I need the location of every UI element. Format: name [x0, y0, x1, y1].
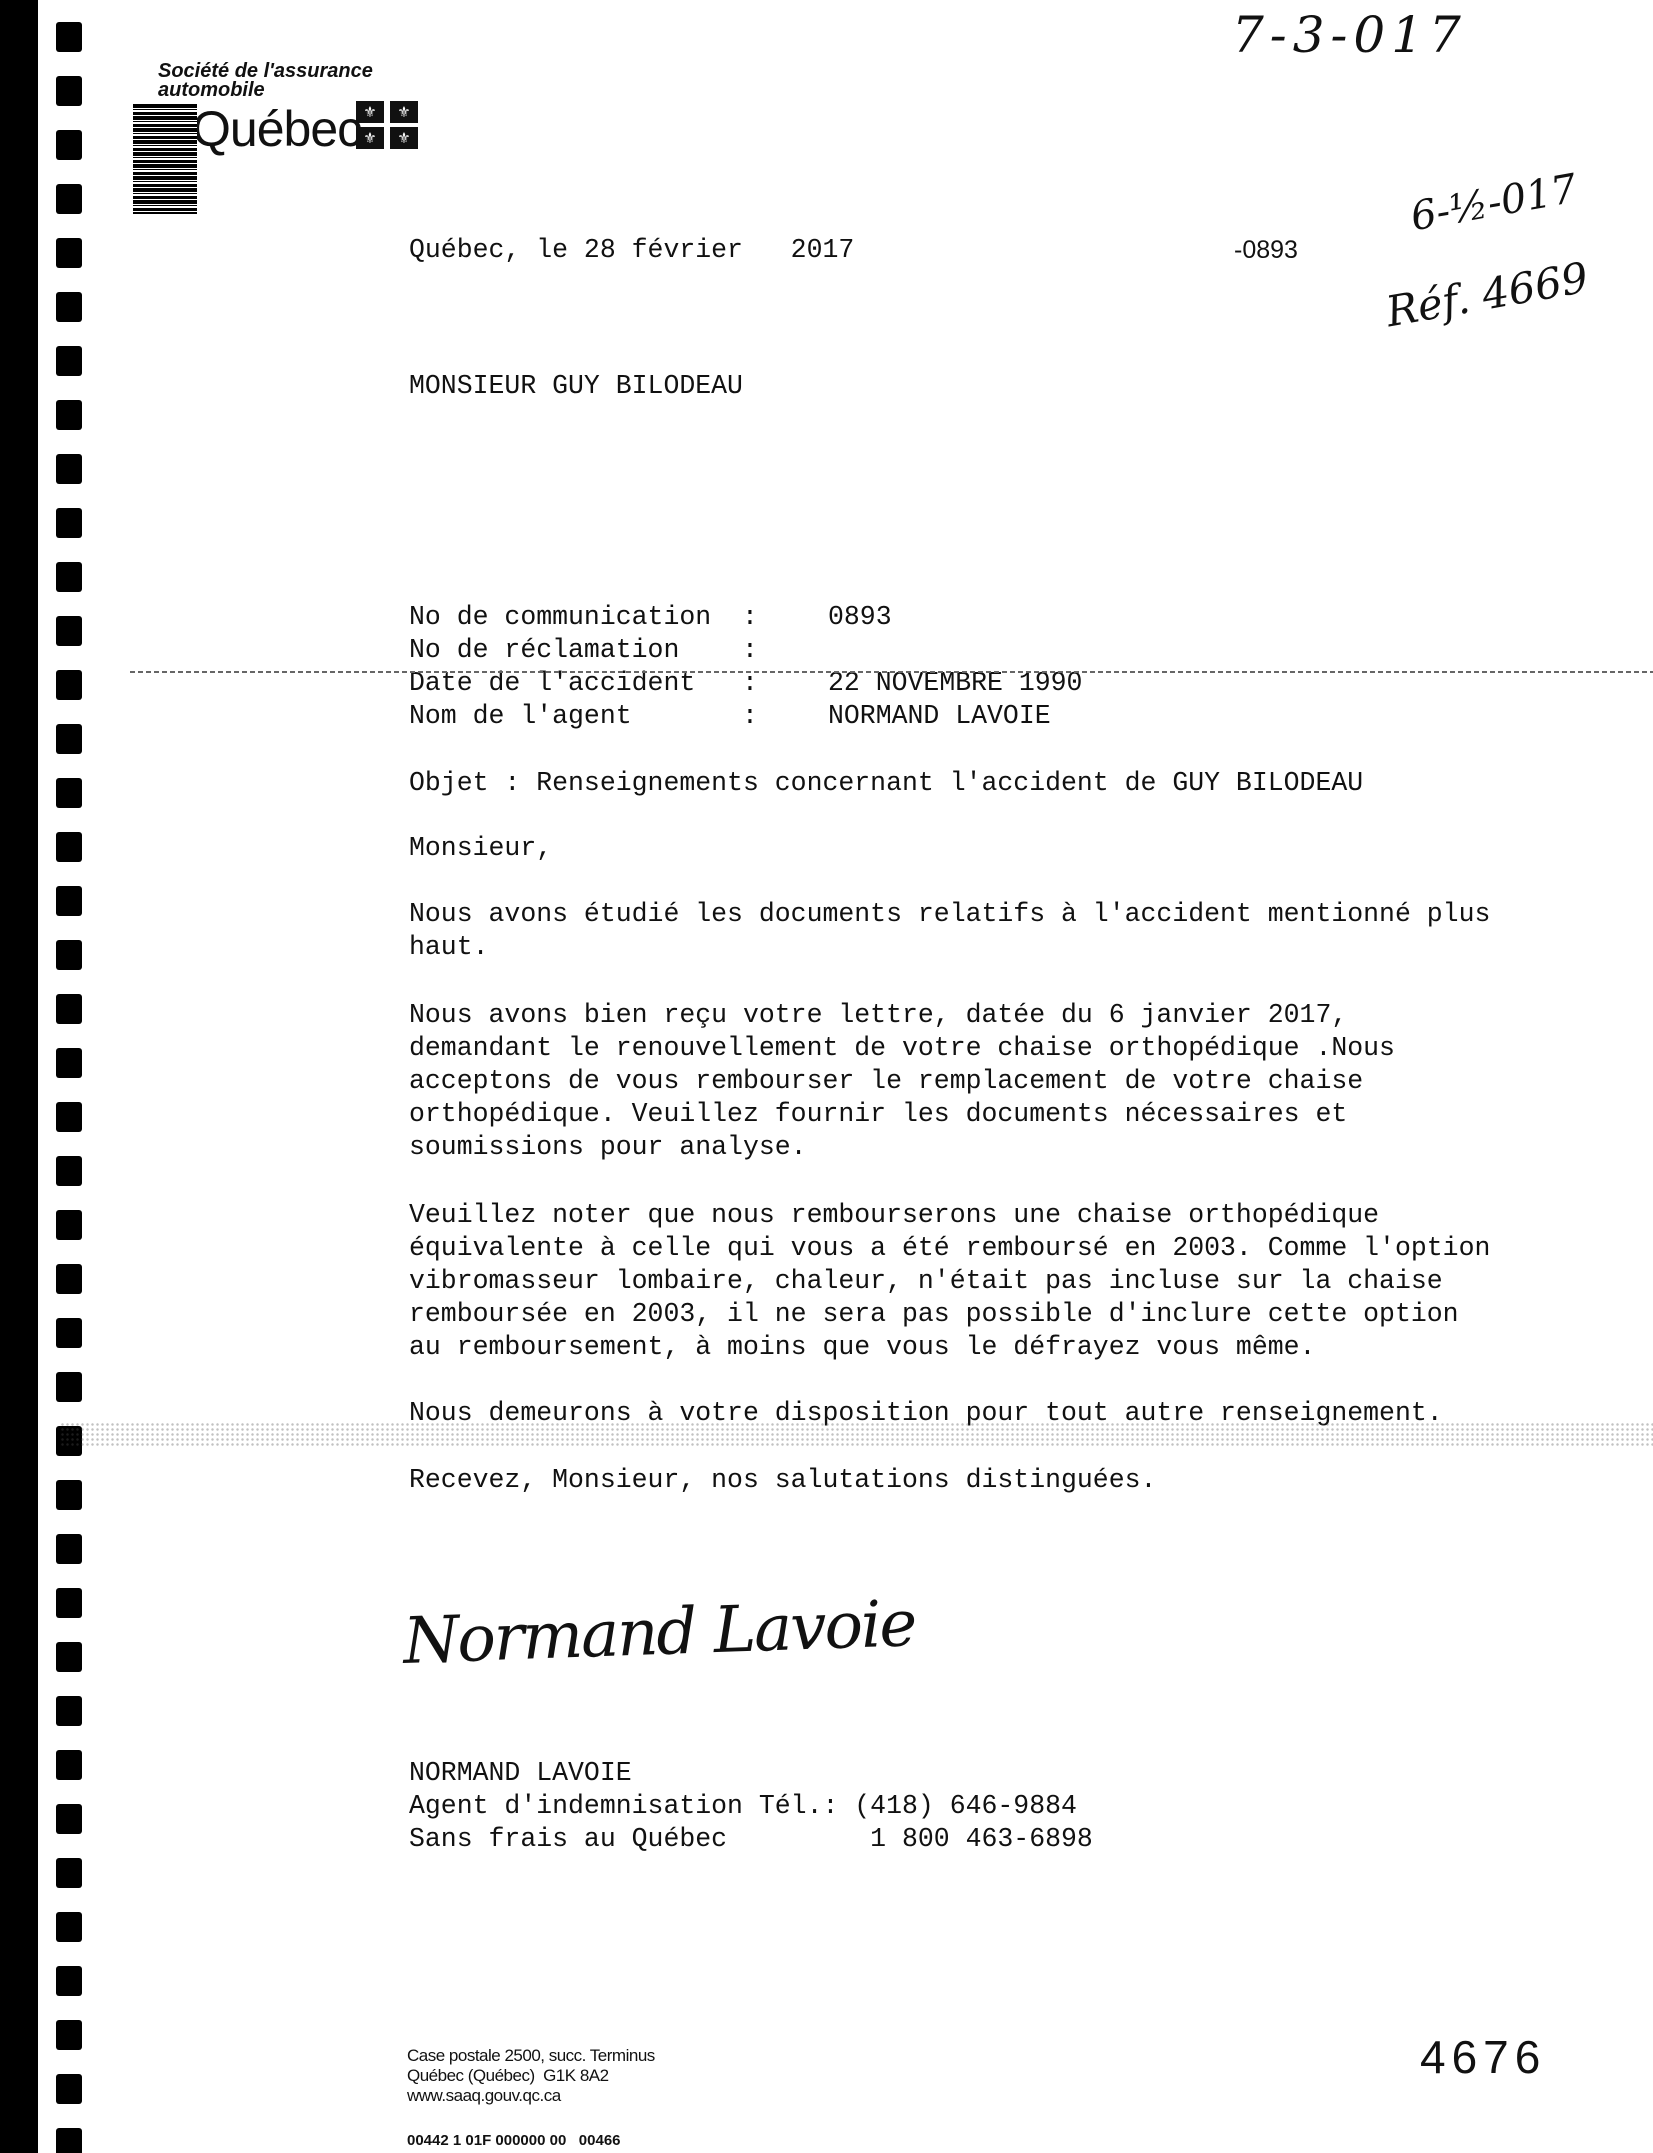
fleur-de-lis-icon: ⚜: [390, 101, 418, 123]
field-label: No de réclamation: [409, 634, 679, 667]
punch-hole: [56, 1210, 82, 1240]
paragraph-line: vibromasseur lombaire, chaleur, n'était …: [409, 1265, 1443, 1298]
punch-hole: [56, 1156, 82, 1186]
signature: Normand Lavoie: [402, 1587, 916, 1679]
punch-hole: [56, 1102, 82, 1132]
paragraph-line: soumissions pour analyse.: [409, 1131, 807, 1164]
punch-hole: [56, 2128, 82, 2153]
paragraph-line: au remboursement, à moins que vous le dé…: [409, 1331, 1315, 1364]
punch-hole: [56, 22, 82, 52]
handwritten-page-number: 4676: [1420, 2030, 1546, 2084]
field-value: NORMAND LAVOIE: [828, 700, 1051, 733]
footer-address-line2: Québec (Québec) G1K 8A2: [407, 2066, 609, 2085]
punch-hole: [56, 1804, 82, 1834]
subject-line: Objet : Renseignements concernant l'acci…: [409, 767, 1363, 800]
punch-hole: [56, 1372, 82, 1402]
paragraph-line: équivalente à celle qui vous a été rembo…: [409, 1232, 1490, 1265]
field-label: Nom de l'agent: [409, 700, 632, 733]
field-colon: :: [742, 634, 758, 667]
punch-hole: [56, 1750, 82, 1780]
paragraph-line: Nous avons bien reçu votre lettre, datée…: [409, 999, 1347, 1032]
punch-hole: [56, 1480, 82, 1510]
scan-margin-bar: [0, 0, 38, 2153]
punch-hole: [56, 1696, 82, 1726]
punch-hole: [56, 238, 82, 268]
barcode: [133, 104, 197, 214]
paragraph-line: Nous avons étudié les documents relatifs…: [409, 898, 1490, 931]
paragraph-line: haut.: [409, 931, 489, 964]
paragraph-line: orthopédique. Veuillez fournir les docum…: [409, 1098, 1347, 1131]
signatory-tollfree: Sans frais au Québec 1 800 463-6898: [409, 1823, 1093, 1856]
punch-hole: [56, 778, 82, 808]
punch-hole: [56, 292, 82, 322]
org-logo-quebec: Québec: [192, 104, 361, 154]
paragraph-line: Veuillez noter que nous rembourserons un…: [409, 1199, 1379, 1232]
punch-hole: [56, 130, 82, 160]
punch-hole: [56, 1048, 82, 1078]
field-value: 0893: [828, 601, 892, 634]
punch-hole: [56, 76, 82, 106]
scan-artifact-band: [60, 1422, 1653, 1446]
footer-website[interactable]: www.saaq.gouv.qc.ca: [407, 2086, 561, 2105]
footer-address-line1: Case postale 2500, succ. Terminus: [407, 2046, 655, 2065]
punch-hole: [56, 1534, 82, 1564]
handwritten-ref: Réf. 4669: [1382, 253, 1592, 337]
signatory-title-phone: Agent d'indemnisation Tél.: (418) 646-98…: [409, 1790, 1077, 1823]
paragraph-line: remboursée en 2003, il ne sera pas possi…: [409, 1298, 1459, 1331]
punch-hole: [56, 724, 82, 754]
paragraph-line: demandant le renouvellement de votre cha…: [409, 1032, 1395, 1065]
field-colon: :: [742, 700, 758, 733]
punch-hole: [56, 670, 82, 700]
punch-hole: [56, 400, 82, 430]
org-name-line2: automobile: [158, 81, 265, 100]
punch-hole: [56, 1912, 82, 1942]
fleur-de-lis-icon: ⚜: [356, 101, 384, 123]
punch-hole: [56, 1264, 82, 1294]
punch-hole: [56, 1642, 82, 1672]
place-date: Québec, le 28 février 2017: [409, 234, 854, 267]
punch-hole: [56, 1858, 82, 1888]
punch-hole: [56, 2020, 82, 2050]
punch-hole: [56, 1966, 82, 1996]
handwritten-date-side: 6-½-017: [1407, 166, 1580, 240]
punch-hole: [56, 994, 82, 1024]
punch-hole: [56, 2074, 82, 2104]
field-label: No de communication: [409, 601, 711, 634]
recipient-name: MONSIEUR GUY BILODEAU: [409, 370, 743, 403]
punch-hole: [56, 832, 82, 862]
punch-hole: [56, 346, 82, 376]
paragraph-line: acceptons de vous rembourser le remplace…: [409, 1065, 1363, 1098]
punch-hole: [56, 1588, 82, 1618]
salutation: Monsieur,: [409, 832, 552, 865]
punch-hole: [56, 940, 82, 970]
signatory-name: NORMAND LAVOIE: [409, 1757, 632, 1790]
punch-hole: [56, 508, 82, 538]
handwritten-date-top: 7-3-017: [1232, 6, 1467, 64]
punch-hole: [56, 562, 82, 592]
punch-hole: [56, 886, 82, 916]
closing-line: Recevez, Monsieur, nos salutations disti…: [409, 1464, 1156, 1497]
scan-artifact-line: [130, 671, 1653, 673]
punch-hole: [56, 454, 82, 484]
punch-hole: [56, 184, 82, 214]
field-colon: :: [742, 601, 758, 634]
footer-document-code: 00442 1 01F 000000 00 00466: [407, 2132, 621, 2149]
punch-hole: [56, 616, 82, 646]
reference-code: -0893: [1234, 234, 1298, 267]
fleur-de-lis-icon: ⚜: [356, 127, 384, 149]
fleur-de-lis-icon: ⚜: [390, 127, 418, 149]
punch-hole: [56, 1318, 82, 1348]
